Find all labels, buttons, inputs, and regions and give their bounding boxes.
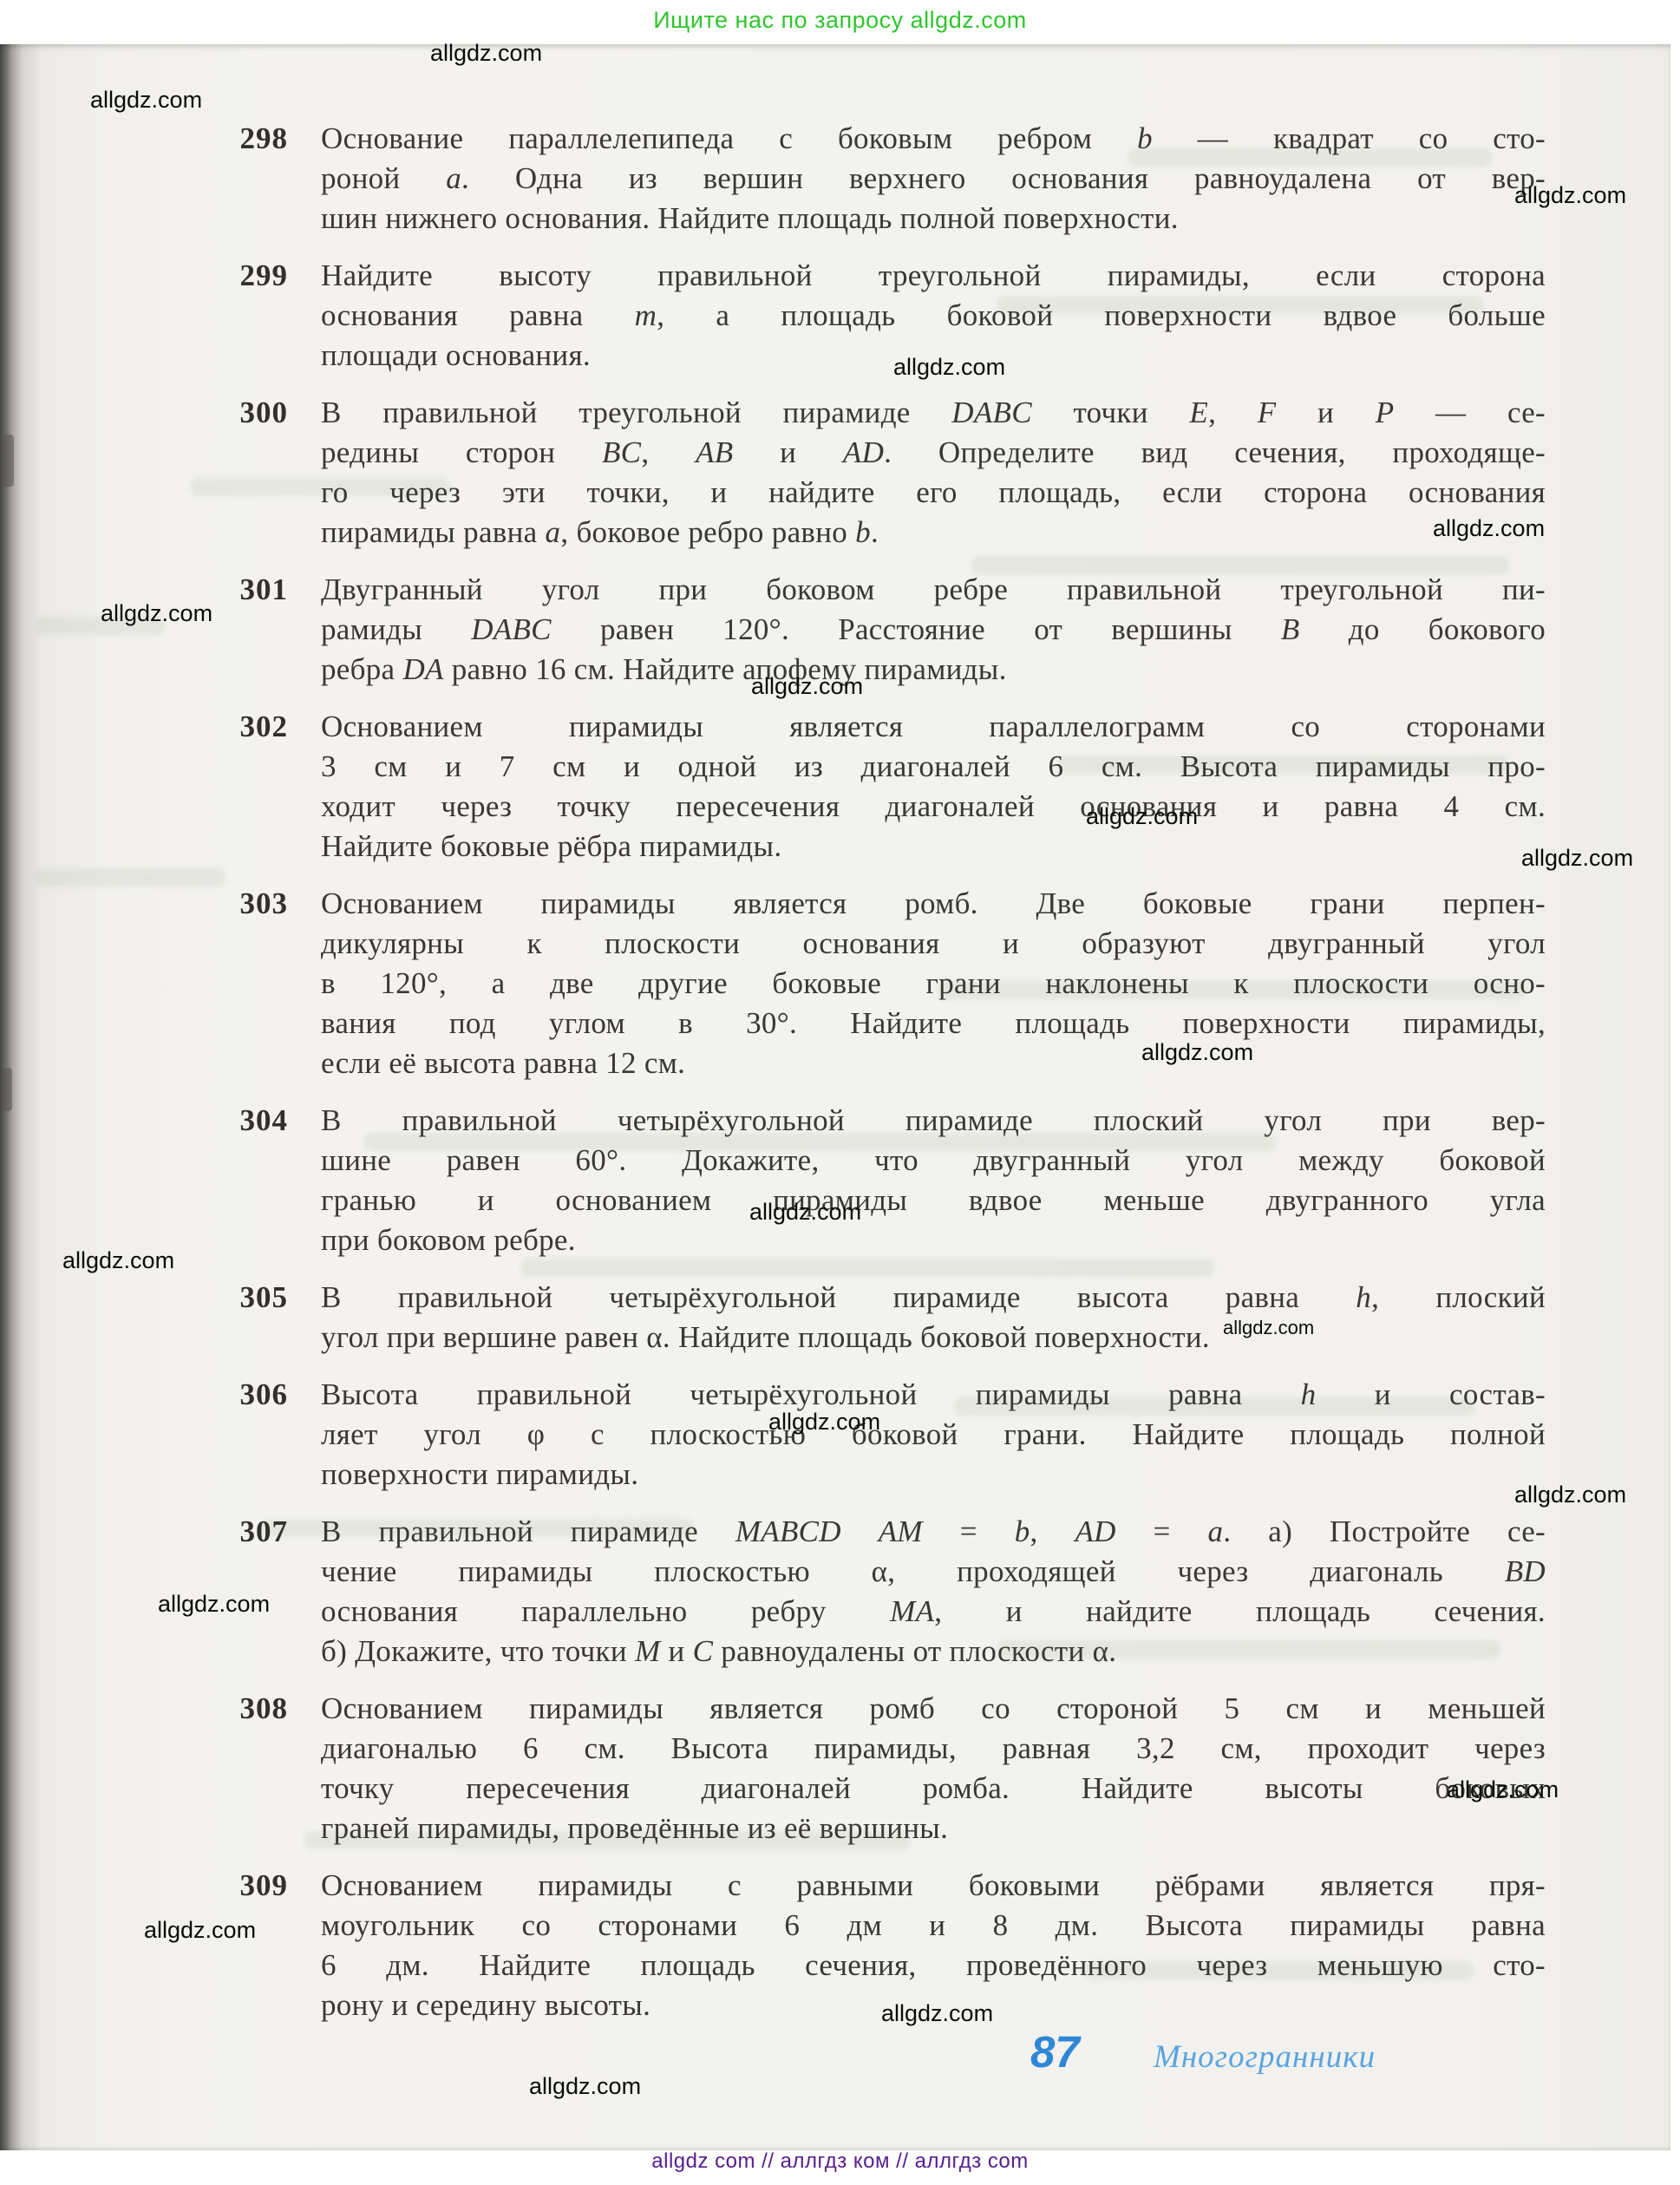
problem-number: 300 [0, 393, 288, 553]
problem-text-line: Высота правильной четырёхугольной пирами… [321, 1375, 1546, 1415]
problem-300: 300В правильной треугольной пирамиде DAB… [0, 393, 1570, 553]
problem-text-line: ходит через точку пересечения диагоналей… [321, 787, 1546, 827]
problem-text-line: В правильной четырёхугольной пирамиде вы… [321, 1278, 1546, 1318]
problem-text-line: диагональю 6 см. Высота пирамиды, равная… [321, 1729, 1546, 1769]
problem-text-line: дикулярны к плоскости основания и образу… [321, 924, 1546, 964]
problem-number: 303 [0, 884, 288, 1083]
problem-text-line: гранью и основанием пирамиды вдвое меньш… [321, 1181, 1546, 1220]
problem-text: Основанием пирамиды является ромб со сто… [321, 1689, 1546, 1848]
problem-number: 298 [0, 119, 288, 239]
watermark: allgdz.com [62, 1247, 174, 1274]
problem-text-line: Основанием пирамиды является ромб. Две б… [321, 884, 1546, 924]
problem-text: Основанием пирамиды является ромб. Две б… [321, 884, 1546, 1083]
problem-text-line: б) Докажите, что точки M и C равноудален… [321, 1632, 1546, 1671]
problem-number: 309 [0, 1866, 288, 2025]
problem-text-line: Двугранный угол при боковом ребре правил… [321, 570, 1546, 610]
problem-text-line: ляет угол φ с плоскостью боковой грани. … [321, 1415, 1546, 1455]
watermark: allgdz.com [1447, 1776, 1559, 1803]
problem-308: 308Основанием пирамиды является ромб со … [0, 1689, 1570, 1848]
problem-text-line: В правильной пирамиде MABCD AM = b, AD =… [321, 1512, 1546, 1552]
problem-number: 308 [0, 1689, 288, 1848]
watermark: allgdz.com [1086, 803, 1198, 830]
problem-text-line: в 120°, а две другие боковые грани накло… [321, 964, 1546, 1004]
problem-text-line: шине равен 60°. Докажите, что двугранный… [321, 1141, 1546, 1181]
problem-text-line: 3 см и 7 см и одной из диагоналей 6 см. … [321, 747, 1546, 787]
watermark: allgdz.com [749, 1199, 861, 1226]
problem-text-line: 6 дм. Найдите площадь сечения, проведённ… [321, 1946, 1546, 1985]
watermark: allgdz.com [1514, 182, 1626, 209]
watermark: allgdz.com [881, 2000, 993, 2027]
problem-text-line: моугольник со сторонами 6 дм и 8 дм. Выс… [321, 1906, 1546, 1946]
problem-number: 306 [0, 1375, 288, 1495]
problem-text-line: Найдите боковые рёбра пирамиды. [321, 827, 1546, 867]
problem-305: 305В правильной четырёхугольной пирамиде… [0, 1278, 1570, 1357]
problem-text-line: редины сторон BC, AB и AD. Определите ви… [321, 433, 1546, 473]
watermark: allgdz.com [529, 2073, 641, 2100]
watermark: allgdz.com [430, 40, 542, 67]
problem-text-line: угол при вершине равен α. Найдите площад… [321, 1318, 1546, 1357]
watermark: allgdz.com [144, 1917, 256, 1944]
watermark: allgdz.com [101, 600, 212, 627]
problem-text-line: основания параллельно ребру MA, и найдит… [321, 1592, 1546, 1632]
problem-text-line: В правильной четырёхугольной пирамиде пл… [321, 1101, 1546, 1141]
problem-text-line: Основанием пирамиды с равными боковыми р… [321, 1866, 1546, 1906]
problem-text-line: чение пирамиды плоскостью α, проходящей … [321, 1552, 1546, 1592]
watermark: allgdz.com [1521, 845, 1633, 872]
scanned-page: 298Основание параллелепипеда с боковым р… [0, 44, 1670, 2150]
problem-number: 305 [0, 1278, 288, 1357]
watermark: allgdz.com [158, 1591, 270, 1618]
problem-298: 298Основание параллелепипеда с боковым р… [0, 119, 1570, 239]
watermark: allgdz.com [751, 673, 863, 700]
watermark: allgdz.com [768, 1409, 880, 1436]
problem-text-line: роной a. Одна из вершин верхнего основан… [321, 159, 1546, 199]
problem-number: 301 [0, 570, 288, 690]
problem-309: 309Основанием пирамиды с равными боковым… [0, 1866, 1570, 2025]
problem-text-line: Основание параллелепипеда с боковым ребр… [321, 119, 1546, 159]
problem-303: 303Основанием пирамиды является ромб. Дв… [0, 884, 1570, 1083]
problem-text-line: Основанием пирамиды является ромб со сто… [321, 1689, 1546, 1729]
watermark: allgdz.com [893, 354, 1005, 381]
problem-text-line: вания под углом в 30°. Найдите площадь п… [321, 1004, 1546, 1043]
promo-footer: allgdz com // аллгдз ком // аллгдз com [0, 2149, 1680, 2174]
problem-text: В правильной пирамиде MABCD AM = b, AD =… [321, 1512, 1546, 1671]
section-title: Многогранники [1154, 2038, 1376, 2076]
problem-text: Высота правильной четырёхугольной пирами… [321, 1375, 1546, 1495]
watermark: allgdz.com [1223, 1317, 1314, 1339]
problem-text-line: го через эти точки, и найдите его площад… [321, 473, 1546, 513]
problem-text: Двугранный угол при боковом ребре правил… [321, 570, 1546, 690]
problem-text-line: точку пересечения диагоналей ромба. Найд… [321, 1769, 1546, 1809]
problem-text-line: рамиды DABC равен 120°. Расстояние от ве… [321, 610, 1546, 650]
problem-text-line: основания равна m, а площадь боковой пов… [321, 296, 1546, 336]
problem-text-line: поверхности пирамиды. [321, 1455, 1546, 1495]
problem-text-line: если её высота равна 12 см. [321, 1043, 1546, 1083]
problem-list: 298Основание параллелепипеда с боковым р… [0, 119, 1570, 2043]
promo-header: Ищите нас по запросу allgdz.com [0, 7, 1680, 34]
watermark: allgdz.com [1141, 1039, 1253, 1066]
problem-text-line: пирамиды равна a, боковое ребро равно b. [321, 513, 1546, 553]
problem-301: 301Двугранный угол при боковом ребре пра… [0, 570, 1570, 690]
problem-text-line: Найдите высоту правильной треугольной пи… [321, 256, 1546, 296]
problem-text-line: ребра DA равно 16 см. Найдите апофему пи… [321, 650, 1546, 690]
watermark: allgdz.com [90, 87, 202, 114]
problem-302: 302Основанием пирамиды является параллел… [0, 707, 1570, 867]
watermark: allgdz.com [1433, 515, 1545, 542]
problem-text: Основанием пирамиды является параллелогр… [321, 707, 1546, 867]
problem-number: 302 [0, 707, 288, 867]
problem-text-line: Основанием пирамиды является параллелогр… [321, 707, 1546, 747]
watermark: allgdz.com [1514, 1482, 1626, 1508]
problem-text: Основание параллелепипеда с боковым ребр… [321, 119, 1546, 239]
problem-number: 299 [0, 256, 288, 376]
problem-text-line: В правильной треугольной пирамиде DABC т… [321, 393, 1546, 433]
page-number: 87 [1030, 2026, 1080, 2077]
problem-text-line: шин нижнего основания. Найдите площадь п… [321, 199, 1546, 239]
problem-number: 304 [0, 1101, 288, 1260]
problem-text: В правильной четырёхугольной пирамиде пл… [321, 1101, 1546, 1260]
problem-299: 299Найдите высоту правильной треугольной… [0, 256, 1570, 376]
problem-text-line: при боковом ребре. [321, 1220, 1546, 1260]
problem-text: В правильной четырёхугольной пирамиде вы… [321, 1278, 1546, 1357]
problem-text-line: граней пирамиды, проведённые из её верши… [321, 1809, 1546, 1848]
problem-text: В правильной треугольной пирамиде DABC т… [321, 393, 1546, 553]
problem-304: 304В правильной четырёхугольной пирамиде… [0, 1101, 1570, 1260]
